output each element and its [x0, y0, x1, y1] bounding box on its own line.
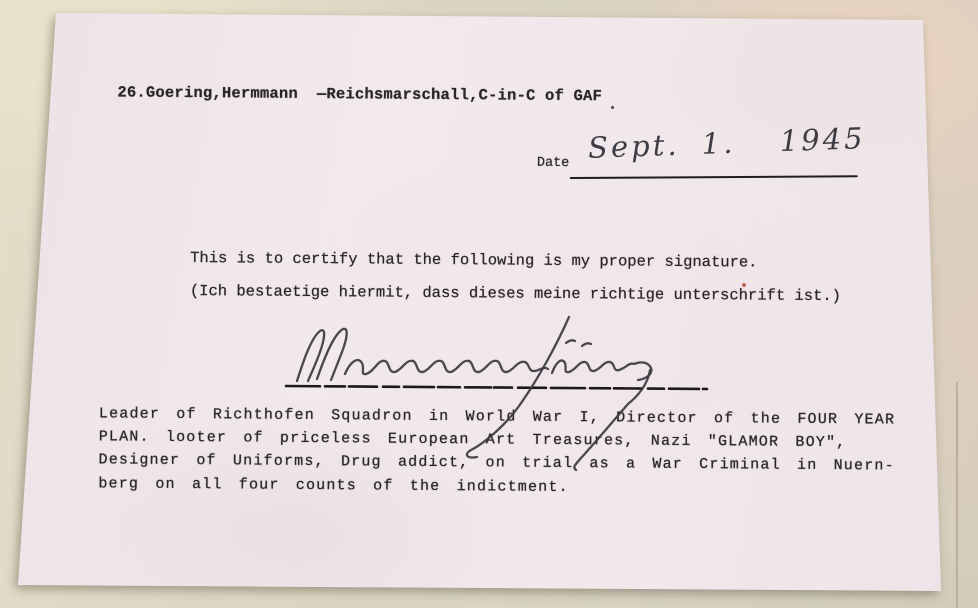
date-underline: [570, 175, 858, 179]
certification-german: (Ich bestaetige hiermit, dass dieses mei…: [190, 282, 841, 305]
typed-content-layer: 26.Goering,Hermmann —Reichsmarschall,C-i…: [0, 0, 978, 608]
description-line-4: berg on all four counts of the indictmen…: [98, 475, 894, 504]
document-heading: 26.Goering,Hermmann —Reichsmarschall,C-i…: [117, 83, 602, 105]
certification-english: This is to certify that the following is…: [190, 249, 758, 271]
date-label: Date: [537, 156, 570, 171]
photo-of-document: 26.Goering,Hermmann —Reichsmarschall,C-i…: [0, 0, 978, 608]
description-paragraph: Leader of Richthofen Squadron in World W…: [98, 405, 895, 504]
